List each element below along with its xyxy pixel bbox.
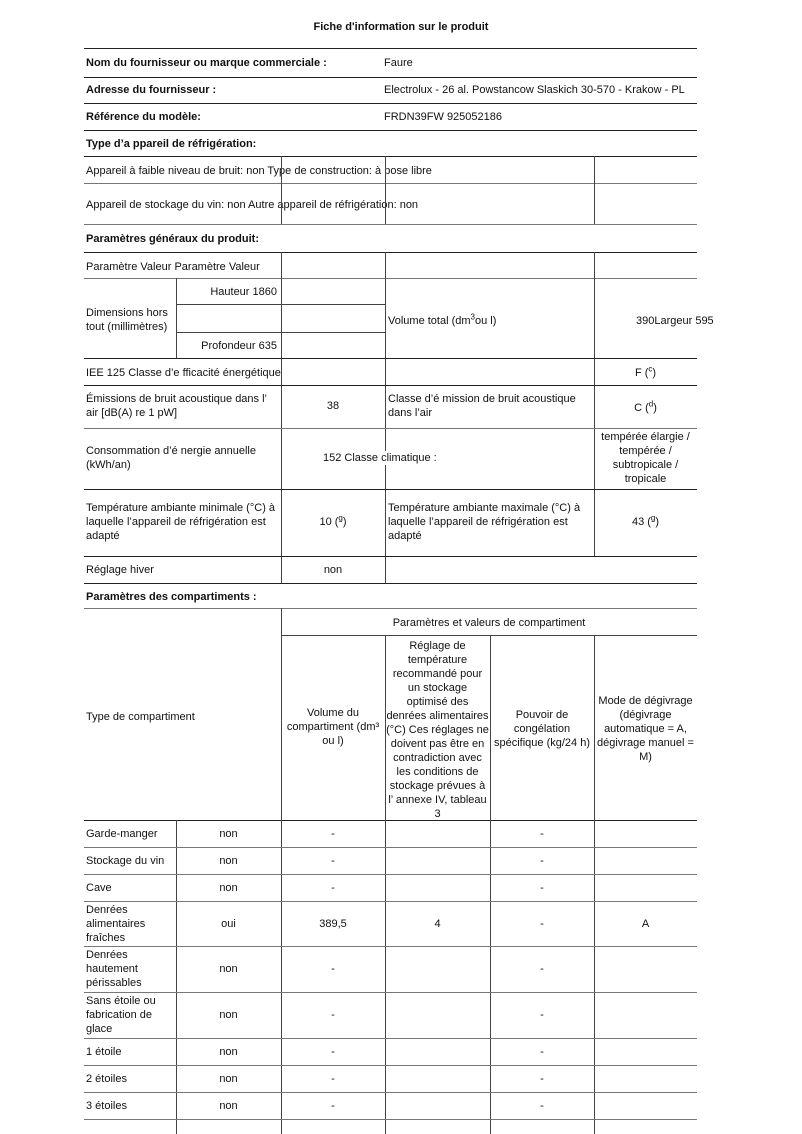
compartment-cell-defrost — [594, 1038, 697, 1065]
compartment-cell-type: 1 étoile — [86, 1038, 174, 1065]
supplier-name-label: Nom du fournisseur ou marque commerciale… — [86, 56, 327, 70]
compartment-cell-volume: - — [281, 874, 385, 901]
compartment-cell-present: non — [176, 874, 281, 901]
compartment-cell-defrost — [594, 1065, 697, 1092]
temperature-column-header: Réglage de température recommandé pour u… — [386, 639, 489, 821]
divider — [84, 556, 697, 557]
compartment-cell-volume: - — [281, 847, 385, 874]
compartment-cell-temp — [385, 1065, 490, 1092]
compartment-cell-present: non — [176, 946, 281, 992]
iee-label: IEE 125 Classe d’e fficacité énergétique — [86, 366, 281, 380]
compartment-cell-type: Garde-manger — [86, 820, 174, 847]
compartment-cell-temp — [385, 992, 490, 1038]
compartment-cell-volume: - — [281, 820, 385, 847]
divider — [84, 156, 697, 157]
model-value: FRDN39FW 925052186 — [384, 110, 502, 124]
divider — [84, 77, 697, 78]
appliance-type-heading: Type d’a ppareil de réfrigération: — [86, 137, 256, 151]
compartment-cell-temp — [385, 1092, 490, 1119]
compartment-cell-defrost: A — [594, 901, 697, 946]
dimensions-label: Dimensions hors tout (millimètres) — [86, 306, 174, 334]
compartment-cell-temp — [385, 820, 490, 847]
noise-label: Émissions de bruit acoustique dans l’ ai… — [86, 392, 278, 420]
compartment-cell-freeze: - — [490, 820, 594, 847]
max-temp-value: 43 (g) — [594, 515, 697, 529]
divider — [84, 358, 697, 359]
compartment-cell-temp — [385, 874, 490, 901]
divider — [84, 183, 697, 184]
consumption-label: Consommation d’é nergie annuelle (kWh/an… — [86, 444, 278, 472]
compartment-cell-temp — [385, 946, 490, 992]
column-line — [281, 252, 282, 584]
compartment-cell-type: Cave — [86, 874, 174, 901]
divider — [84, 385, 697, 386]
winter-value: non — [281, 563, 385, 577]
compartment-cell-present: non — [176, 847, 281, 874]
compartment-cell-temp — [385, 1038, 490, 1065]
compartment-cell-defrost — [594, 946, 697, 992]
general-heading: Paramètres généraux du produit: — [86, 232, 259, 246]
compartment-cell-freeze: - — [490, 847, 594, 874]
column-line — [385, 156, 386, 224]
max-temp-label: Température ambiante maximale (°C) à laq… — [388, 501, 592, 543]
compartment-cell-freeze: - — [490, 946, 594, 992]
compartment-cell-defrost — [594, 820, 697, 847]
compartment-cell-volume: - — [281, 1038, 385, 1065]
column-line — [594, 156, 595, 224]
compartment-cell-defrost — [594, 874, 697, 901]
compartment-cell-defrost — [594, 992, 697, 1038]
compartment-group-header: Paramètres et valeurs de compartiment — [281, 616, 697, 630]
model-label: Référence du modèle: — [86, 110, 201, 124]
noise-class: C (d) — [594, 401, 697, 415]
compartment-cell-type: Denrées alimentaires fraîches — [86, 901, 174, 946]
appliance-type-row-2: Appareil de stockage du vin: non Autre a… — [86, 198, 418, 212]
divider — [84, 583, 697, 584]
noise-value: 38 — [281, 399, 385, 413]
supplier-address-label: Adresse du fournisseur : — [86, 83, 216, 97]
compartment-cell-freeze: - — [490, 901, 594, 946]
compartments-heading: Paramètres des compartiments : — [86, 590, 257, 604]
document-title: Fiche d'information sur le produit — [0, 21, 802, 33]
compartment-cell-type: Sans étoile ou fabrication de glace — [86, 992, 174, 1038]
energy-class: F (c) — [594, 366, 697, 380]
divider — [84, 48, 697, 49]
volume-column-header: Volume du compartiment (dm³ ou l) — [282, 706, 384, 748]
divider — [84, 103, 697, 104]
column-line — [281, 156, 282, 224]
min-temp-value: 10 (g) — [281, 515, 385, 529]
appliance-type-row-1: Appareil à faible niveau de bruit: non T… — [86, 164, 432, 178]
depth-value: Profondeur 635 — [176, 339, 277, 353]
general-header-row: Paramètre Valeur Paramètre Valeur — [86, 260, 260, 274]
compartment-cell-volume: - — [281, 946, 385, 992]
min-temp-label: Température ambiante minimale (°C) à laq… — [86, 501, 280, 543]
divider — [84, 489, 697, 490]
compartment-cell-defrost — [594, 1092, 697, 1119]
winter-label: Réglage hiver — [86, 563, 154, 577]
compartment-cell-freeze: - — [490, 874, 594, 901]
noise-class-label: Classe d’é mission de bruit acoustique d… — [388, 392, 592, 420]
compartment-cell-freeze: - — [490, 1092, 594, 1119]
compartment-cell-type: 2 étoiles — [86, 1065, 174, 1092]
compartment-cell-volume: - — [281, 1092, 385, 1119]
divider — [84, 608, 697, 609]
compartment-cell-type: Denrées hautement périssables — [86, 946, 174, 992]
divider — [84, 252, 697, 253]
volume-value: 390Largeur 595 — [636, 314, 714, 328]
compartment-cell-present: non — [176, 1065, 281, 1092]
column-line — [385, 252, 386, 584]
divider — [84, 428, 697, 429]
compartment-cell-defrost — [594, 847, 697, 874]
compartment-cell-present: non — [176, 1038, 281, 1065]
compartment-cell-present: non — [176, 992, 281, 1038]
compartment-cell-temp — [385, 847, 490, 874]
compartment-cell-present: oui — [176, 901, 281, 946]
compartment-cell-volume: - — [281, 992, 385, 1038]
divider — [84, 130, 697, 131]
divider — [176, 332, 385, 333]
supplier-address-value: Electrolux - 26 al. Powstancow Slaskich … — [384, 83, 685, 97]
compartment-cell-freeze: - — [490, 1065, 594, 1092]
climate-class: tempérée élargie / tempérée / subtropica… — [595, 430, 696, 486]
compartment-cell-present: non — [176, 820, 281, 847]
compartment-cell-type: Stockage du vin — [86, 847, 174, 874]
compartment-cell-type: 3 étoiles — [86, 1092, 174, 1119]
compartment-cell-volume: - — [281, 1065, 385, 1092]
compartment-cell-temp: 4 — [385, 901, 490, 946]
freezing-column-header: Pouvoir de congélation spécifique (kg/24… — [491, 708, 593, 750]
compartment-cell-freeze: - — [490, 1038, 594, 1065]
divider — [84, 224, 697, 225]
compartment-cell-volume: 389,5 — [281, 901, 385, 946]
supplier-name-value: Faure — [384, 56, 413, 70]
divider — [176, 304, 385, 305]
compartment-cell-freeze: - — [490, 992, 594, 1038]
compartment-type-header: Type de compartiment — [86, 710, 195, 724]
height-value: Hauteur 1860 — [176, 285, 277, 299]
volume-label: Volume total (dm3ou l) — [388, 314, 496, 328]
consumption-value: 152 Classe climatique : — [323, 451, 437, 465]
table-row-divider — [84, 1119, 697, 1120]
compartment-cell-present: non — [176, 1092, 281, 1119]
defrost-column-header: Mode de dégivrage (dégivrage automatique… — [595, 694, 696, 764]
divider — [281, 635, 697, 636]
